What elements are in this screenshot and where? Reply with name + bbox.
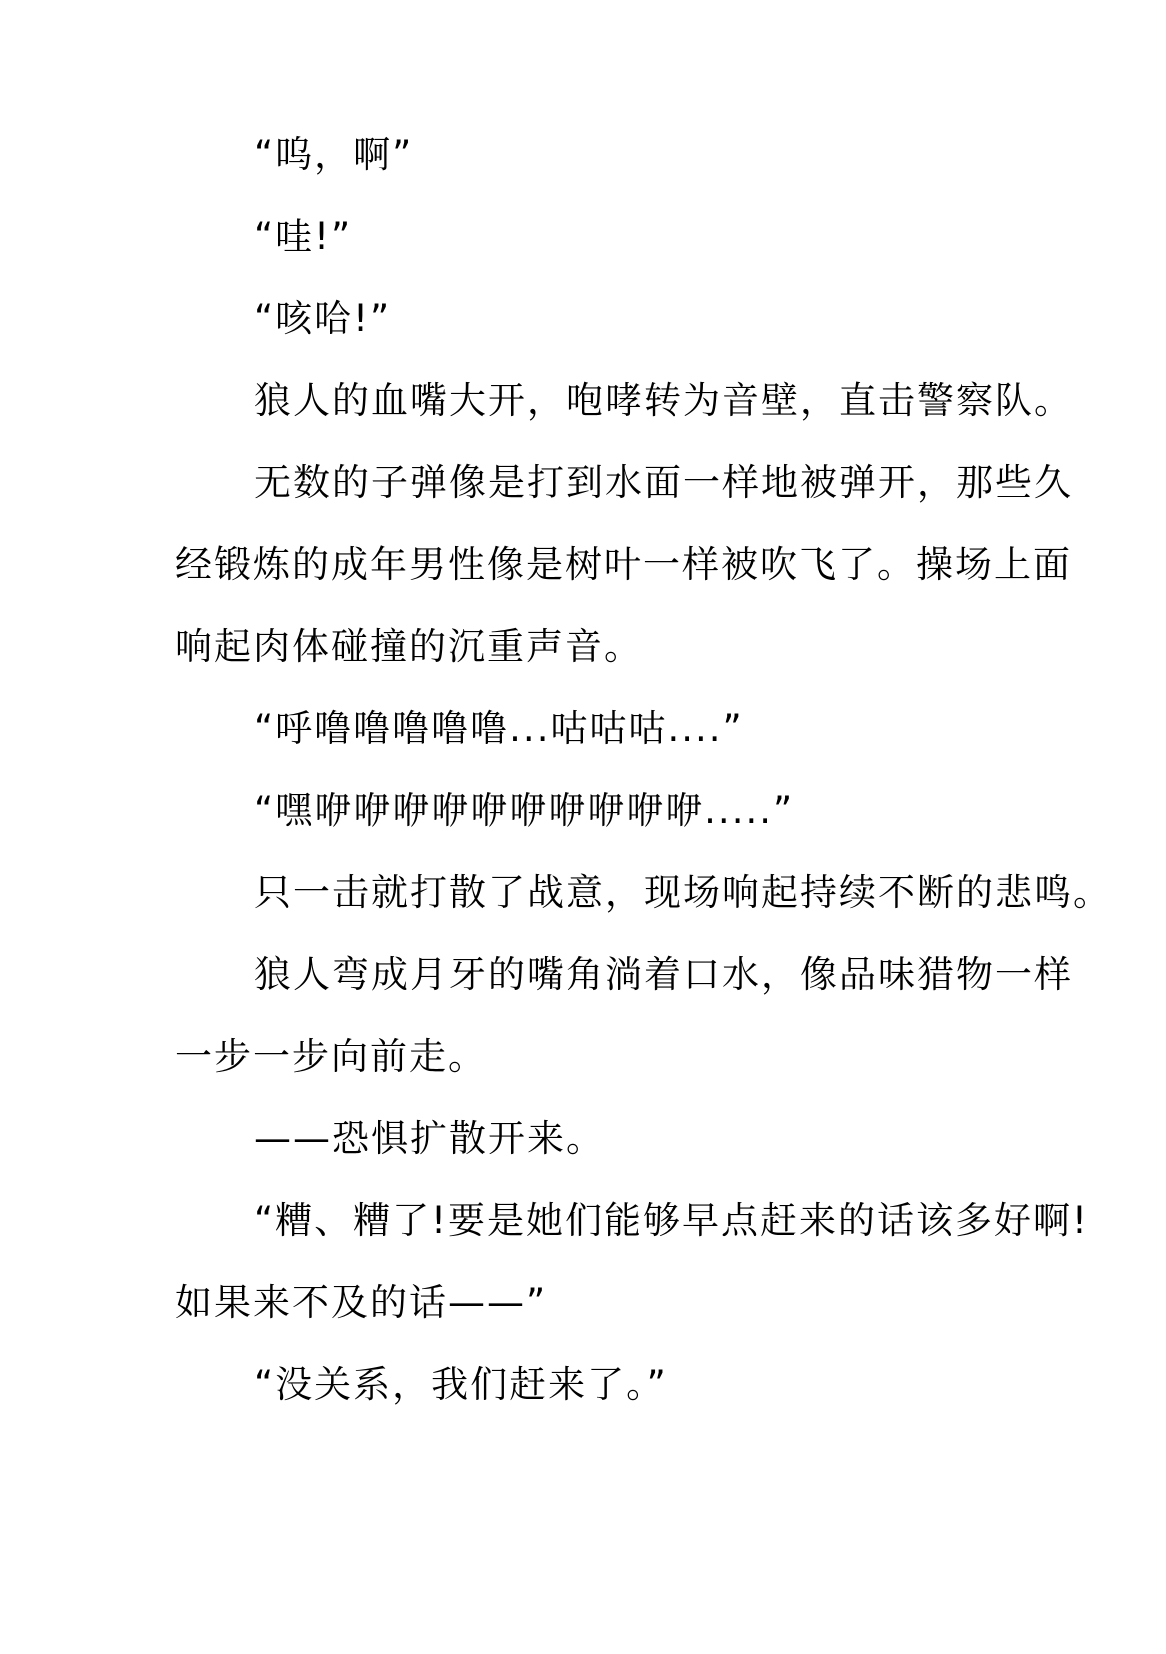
text-line: 狼人弯成月牙的嘴角淌着口水，像品味猎物一样 xyxy=(96,934,1018,1016)
text-line: 无数的子弹像是打到水面一样地被弹开，那些久 xyxy=(96,442,1018,524)
text-line: 经锻炼的成年男性像是树叶一样被吹飞了。操场上面 xyxy=(96,524,1018,606)
paragraph: “没关系，我们赶来了。” xyxy=(96,1344,1018,1426)
text-line: 一步一步向前走。 xyxy=(96,1016,1018,1098)
paragraph: “哇!” xyxy=(96,196,1018,278)
paragraph: ——恐惧扩散开来。 xyxy=(96,1098,1018,1180)
paragraph: “嘿咿咿咿咿咿咿咿咿咿咿.....” xyxy=(96,770,1018,852)
paragraph: 只一击就打散了战意，现场响起持续不断的悲鸣。 xyxy=(96,852,1018,934)
paragraph: “呼噜噜噜噜噜...咕咕咕....” xyxy=(96,688,1018,770)
text-line: “糟、糟了!要是她们能够早点赶来的话该多好啊! xyxy=(96,1180,1018,1262)
text-line: “哇!” xyxy=(96,196,1018,278)
text-line: “嘿咿咿咿咿咿咿咿咿咿咿.....” xyxy=(96,770,1018,852)
text-line: 响起肉体碰撞的沉重声音。 xyxy=(96,606,1018,688)
document-page: “呜，啊” “哇!” “咳哈!” 狼人的血嘴大开，咆哮转为音壁，直击警察队。 无… xyxy=(96,114,1018,1426)
paragraph: 狼人弯成月牙的嘴角淌着口水，像品味猎物一样 一步一步向前走。 xyxy=(96,934,1018,1098)
text-line: ——恐惧扩散开来。 xyxy=(96,1098,1018,1180)
text-line: “呼噜噜噜噜噜...咕咕咕....” xyxy=(96,688,1018,770)
text-line: “咳哈!” xyxy=(96,278,1018,360)
text-line: “没关系，我们赶来了。” xyxy=(96,1344,1018,1426)
paragraph: “呜，啊” xyxy=(96,114,1018,196)
text-line: “呜，啊” xyxy=(96,114,1018,196)
paragraph: 狼人的血嘴大开，咆哮转为音壁，直击警察队。 xyxy=(96,360,1018,442)
paragraph: 无数的子弹像是打到水面一样地被弹开，那些久 经锻炼的成年男性像是树叶一样被吹飞了… xyxy=(96,442,1018,688)
paragraph: “糟、糟了!要是她们能够早点赶来的话该多好啊! 如果来不及的话——” xyxy=(96,1180,1018,1344)
text-line: 只一击就打散了战意，现场响起持续不断的悲鸣。 xyxy=(96,852,1018,934)
text-line: 如果来不及的话——” xyxy=(96,1262,1018,1344)
text-line: 狼人的血嘴大开，咆哮转为音壁，直击警察队。 xyxy=(96,360,1018,442)
paragraph: “咳哈!” xyxy=(96,278,1018,360)
